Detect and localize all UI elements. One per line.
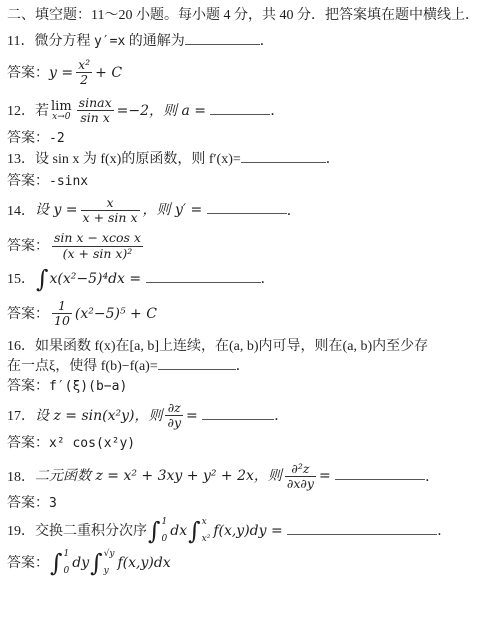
answer-label: 答案：	[7, 436, 49, 451]
period: ．	[270, 104, 284, 119]
equation: 二元函数 z = x² + 3xy + y² + 2x，则∂²z∂x∂y=	[35, 468, 335, 484]
question-text: 若	[35, 104, 49, 119]
blank-line	[207, 209, 287, 214]
integral-bounds: 10	[64, 550, 70, 576]
equation-mid: dy	[72, 555, 89, 571]
answer-label: 答案：	[7, 239, 49, 254]
integral-lower: x²	[202, 535, 211, 544]
question-16-line2: 在一点ξ，使得 f(b)−f(a)=．	[7, 357, 485, 377]
document-page: 二、填空题：11～20 小题。每小题 4 分，共 40 分．把答案填在题中横线上…	[0, 0, 491, 636]
limit-operator: limx→0	[51, 100, 72, 122]
fraction-numerator: sinax	[77, 96, 114, 110]
equation-rhs: f(x,y)dx	[117, 555, 170, 571]
fraction-denominator: 2	[76, 72, 92, 87]
blank-line	[241, 158, 326, 163]
formula-rhs: (x²−5)⁵ + C	[75, 306, 157, 322]
question-11: 11．微分方程 y′=x 的通解为．	[7, 32, 485, 52]
question-13: 13．设 sin x 为 f(x)的原函数，则 f′(x)=．	[7, 150, 485, 170]
question-number: 16．	[7, 339, 35, 354]
equation-mid: =−2，则 a =	[117, 103, 211, 119]
answer-value: f′(ξ)(b−a)	[49, 379, 127, 394]
equation-mid: =	[319, 468, 335, 484]
equation: ∫10dx∫xx²f(x,y)dy =	[147, 523, 287, 539]
fraction-numerator: ∂z	[165, 401, 183, 415]
period: ．	[425, 469, 439, 484]
answer-15: 答案：110(x²−5)⁵ + C	[7, 299, 485, 329]
section-header: 二、填空题：11～20 小题。每小题 4 分，共 40 分．把答案填在题中横线上…	[7, 6, 485, 26]
integral-upper: 1	[162, 518, 168, 527]
integral-sign: ∫	[36, 267, 49, 291]
integral-lower: 0	[64, 567, 70, 576]
question-number: 17．	[7, 409, 35, 424]
integral: ∫	[36, 267, 49, 291]
fraction-numerator: ∂²z	[285, 462, 316, 476]
integral: ∫√yy	[90, 550, 116, 576]
answer-17: 答案：x² cos(x²y)	[7, 434, 485, 454]
answer-label: 答案：	[7, 556, 49, 571]
fraction-denominator: x + sin x	[81, 210, 140, 225]
answer-label: 答案：	[7, 307, 49, 322]
question-text: 在一点ξ，使得 f(b)−f(a)=	[7, 359, 158, 374]
fraction: sinaxsin x	[77, 96, 114, 126]
question-12: 12．若limx→0sinaxsin x=−2，则 a = ．	[7, 96, 485, 126]
blank-line	[202, 415, 274, 420]
answer-label: 答案：	[7, 174, 49, 189]
integral: ∫10	[148, 518, 169, 544]
answer-value: -2	[49, 131, 65, 146]
answer-label: 答案：	[7, 66, 49, 81]
answer-18: 答案：3	[7, 494, 485, 514]
integral-sign: ∫	[148, 519, 161, 543]
fraction: sin x − xcos x(x + sin x)²	[52, 231, 143, 261]
blank-line	[158, 365, 236, 370]
limit-expression: limx→0sinaxsin x=−2，则 a =	[49, 103, 210, 119]
answer-13: 答案：-sinx	[7, 172, 485, 192]
integral-sign: ∫	[188, 519, 201, 543]
question-text: 如果函数 f(x)在[a, b]上连续，在(a, b)内可导，则在(a, b)内…	[35, 339, 428, 354]
answer-11: 答案：y =x²2+ C	[7, 58, 485, 88]
lim-word: lim	[51, 100, 72, 113]
question-text: 设 sin x 为 f(x)的原函数，则 f′(x)=	[35, 152, 241, 167]
question-17: 17．设 z = sin(x²y)，则∂z∂y= ．	[7, 401, 485, 431]
integral-bounds: xx²	[202, 518, 211, 544]
answer-label: 答案：	[7, 379, 49, 394]
formula-rhs: + C	[95, 65, 122, 81]
answer-label: 答案：	[7, 131, 49, 146]
answer-formula: 110(x²−5)⁵ + C	[49, 306, 157, 322]
period: ．	[260, 34, 274, 49]
question-number: 19．	[7, 524, 35, 539]
equation: ∫x(x²−5)⁴dx =	[35, 271, 146, 287]
blank-line	[146, 278, 261, 283]
answer-value: 3	[49, 496, 57, 511]
fraction-numerator: x²	[76, 58, 92, 72]
equation-mid: f(x,y)dy =	[213, 523, 287, 539]
fraction-denominator: 10	[52, 313, 72, 328]
answer-14: 答案：sin x − xcos x(x + sin x)²	[7, 231, 485, 261]
answer-12: 答案：-2	[7, 129, 485, 149]
integral-sign: ∫	[90, 551, 103, 575]
blank-line	[287, 530, 437, 535]
fraction-numerator: 1	[52, 299, 72, 313]
answer-value: x² cos(x²y)	[49, 436, 135, 451]
fraction: x²2	[76, 58, 92, 88]
answer-value: -sinx	[49, 174, 88, 189]
equation-mid: dx	[170, 523, 187, 539]
integral-sign: ∫	[50, 551, 63, 575]
equation-mid: ，则 y′ =	[143, 202, 207, 218]
question-number: 11．	[7, 34, 34, 49]
period: ．	[261, 272, 275, 287]
integral-upper: 1	[64, 550, 70, 559]
answer-formula: ∫10dy∫√yyf(x,y)dx	[49, 555, 171, 571]
period: ．	[326, 152, 340, 167]
fraction: xx + sin x	[81, 196, 140, 226]
question-16-line1: 16．如果函数 f(x)在[a, b]上连续，在(a, b)内可导，则在(a, …	[7, 337, 485, 357]
fraction-denominator: (x + sin x)²	[52, 246, 143, 261]
answer-formula: sin x − xcos x(x + sin x)²	[49, 238, 146, 254]
integral-bounds: √yy	[104, 550, 115, 576]
answer-label: 答案：	[7, 496, 49, 511]
question-number: 15．	[7, 272, 35, 287]
period: ．	[274, 409, 288, 424]
answer-formula: y =x²2+ C	[49, 65, 122, 81]
question-text: 交换二重积分次序	[35, 524, 147, 539]
lim-subscript: x→0	[52, 113, 70, 122]
integral-upper: √y	[104, 550, 115, 559]
period: ．	[287, 203, 301, 218]
question-14: 14．设 y =xx + sin x，则 y′ = ．	[7, 196, 485, 226]
equation-mid: =	[186, 408, 202, 424]
question-number: 18．	[7, 469, 35, 484]
answer-16: 答案：f′(ξ)(b−a)	[7, 377, 485, 397]
question-number: 14．	[7, 203, 35, 218]
equation-pre: 设 z = sin(x²y)，则	[35, 408, 162, 424]
section-header-text: 二、填空题：11～20 小题。每小题 4 分，共 40 分．把答案填在题中横线上…	[7, 8, 479, 23]
equation-pre: 二元函数 z = x² + 3xy + y² + 2x，则	[35, 468, 282, 484]
integral: ∫xx²	[188, 518, 212, 544]
blank-line	[185, 40, 260, 45]
fraction: ∂z∂y	[165, 401, 183, 431]
equation-inline: y′=x	[94, 34, 125, 49]
equation-pre: 设 y =	[35, 202, 78, 218]
equation: 设 y =xx + sin x，则 y′ =	[35, 202, 207, 218]
integral-lower: 0	[162, 535, 168, 544]
integral-lower: y	[104, 567, 115, 576]
question-19: 19．交换二重积分次序∫10dx∫xx²f(x,y)dy = ．	[7, 518, 485, 544]
question-15: 15．∫x(x²−5)⁴dx = ．	[7, 267, 485, 291]
fraction-denominator: ∂y	[165, 415, 183, 430]
blank-line	[210, 110, 270, 115]
fraction-denominator: ∂x∂y	[285, 476, 316, 491]
question-number: 13．	[7, 152, 35, 167]
period: ．	[236, 359, 250, 374]
equation: 设 z = sin(x²y)，则∂z∂y=	[35, 408, 202, 424]
question-18: 18．二元函数 z = x² + 3xy + y² + 2x，则∂²z∂x∂y=…	[7, 462, 485, 492]
integral: ∫10	[50, 550, 71, 576]
question-text: 微分方程	[34, 34, 94, 49]
formula-lhs: y =	[49, 65, 73, 81]
fraction-numerator: x	[81, 196, 140, 210]
fraction-numerator: sin x − xcos x	[52, 231, 143, 245]
fraction: ∂²z∂x∂y	[285, 462, 316, 492]
integral-upper: x	[202, 518, 211, 527]
question-number: 12．	[7, 104, 35, 119]
integral-bounds: 10	[162, 518, 168, 544]
integrand: x(x²−5)⁴dx =	[50, 271, 146, 287]
period: ．	[437, 524, 451, 539]
fraction-denominator: sin x	[77, 110, 114, 125]
fraction: 110	[52, 299, 72, 329]
blank-line	[335, 475, 425, 480]
question-text: 的通解为	[125, 34, 185, 49]
answer-19: 答案：∫10dy∫√yyf(x,y)dx	[7, 550, 485, 576]
